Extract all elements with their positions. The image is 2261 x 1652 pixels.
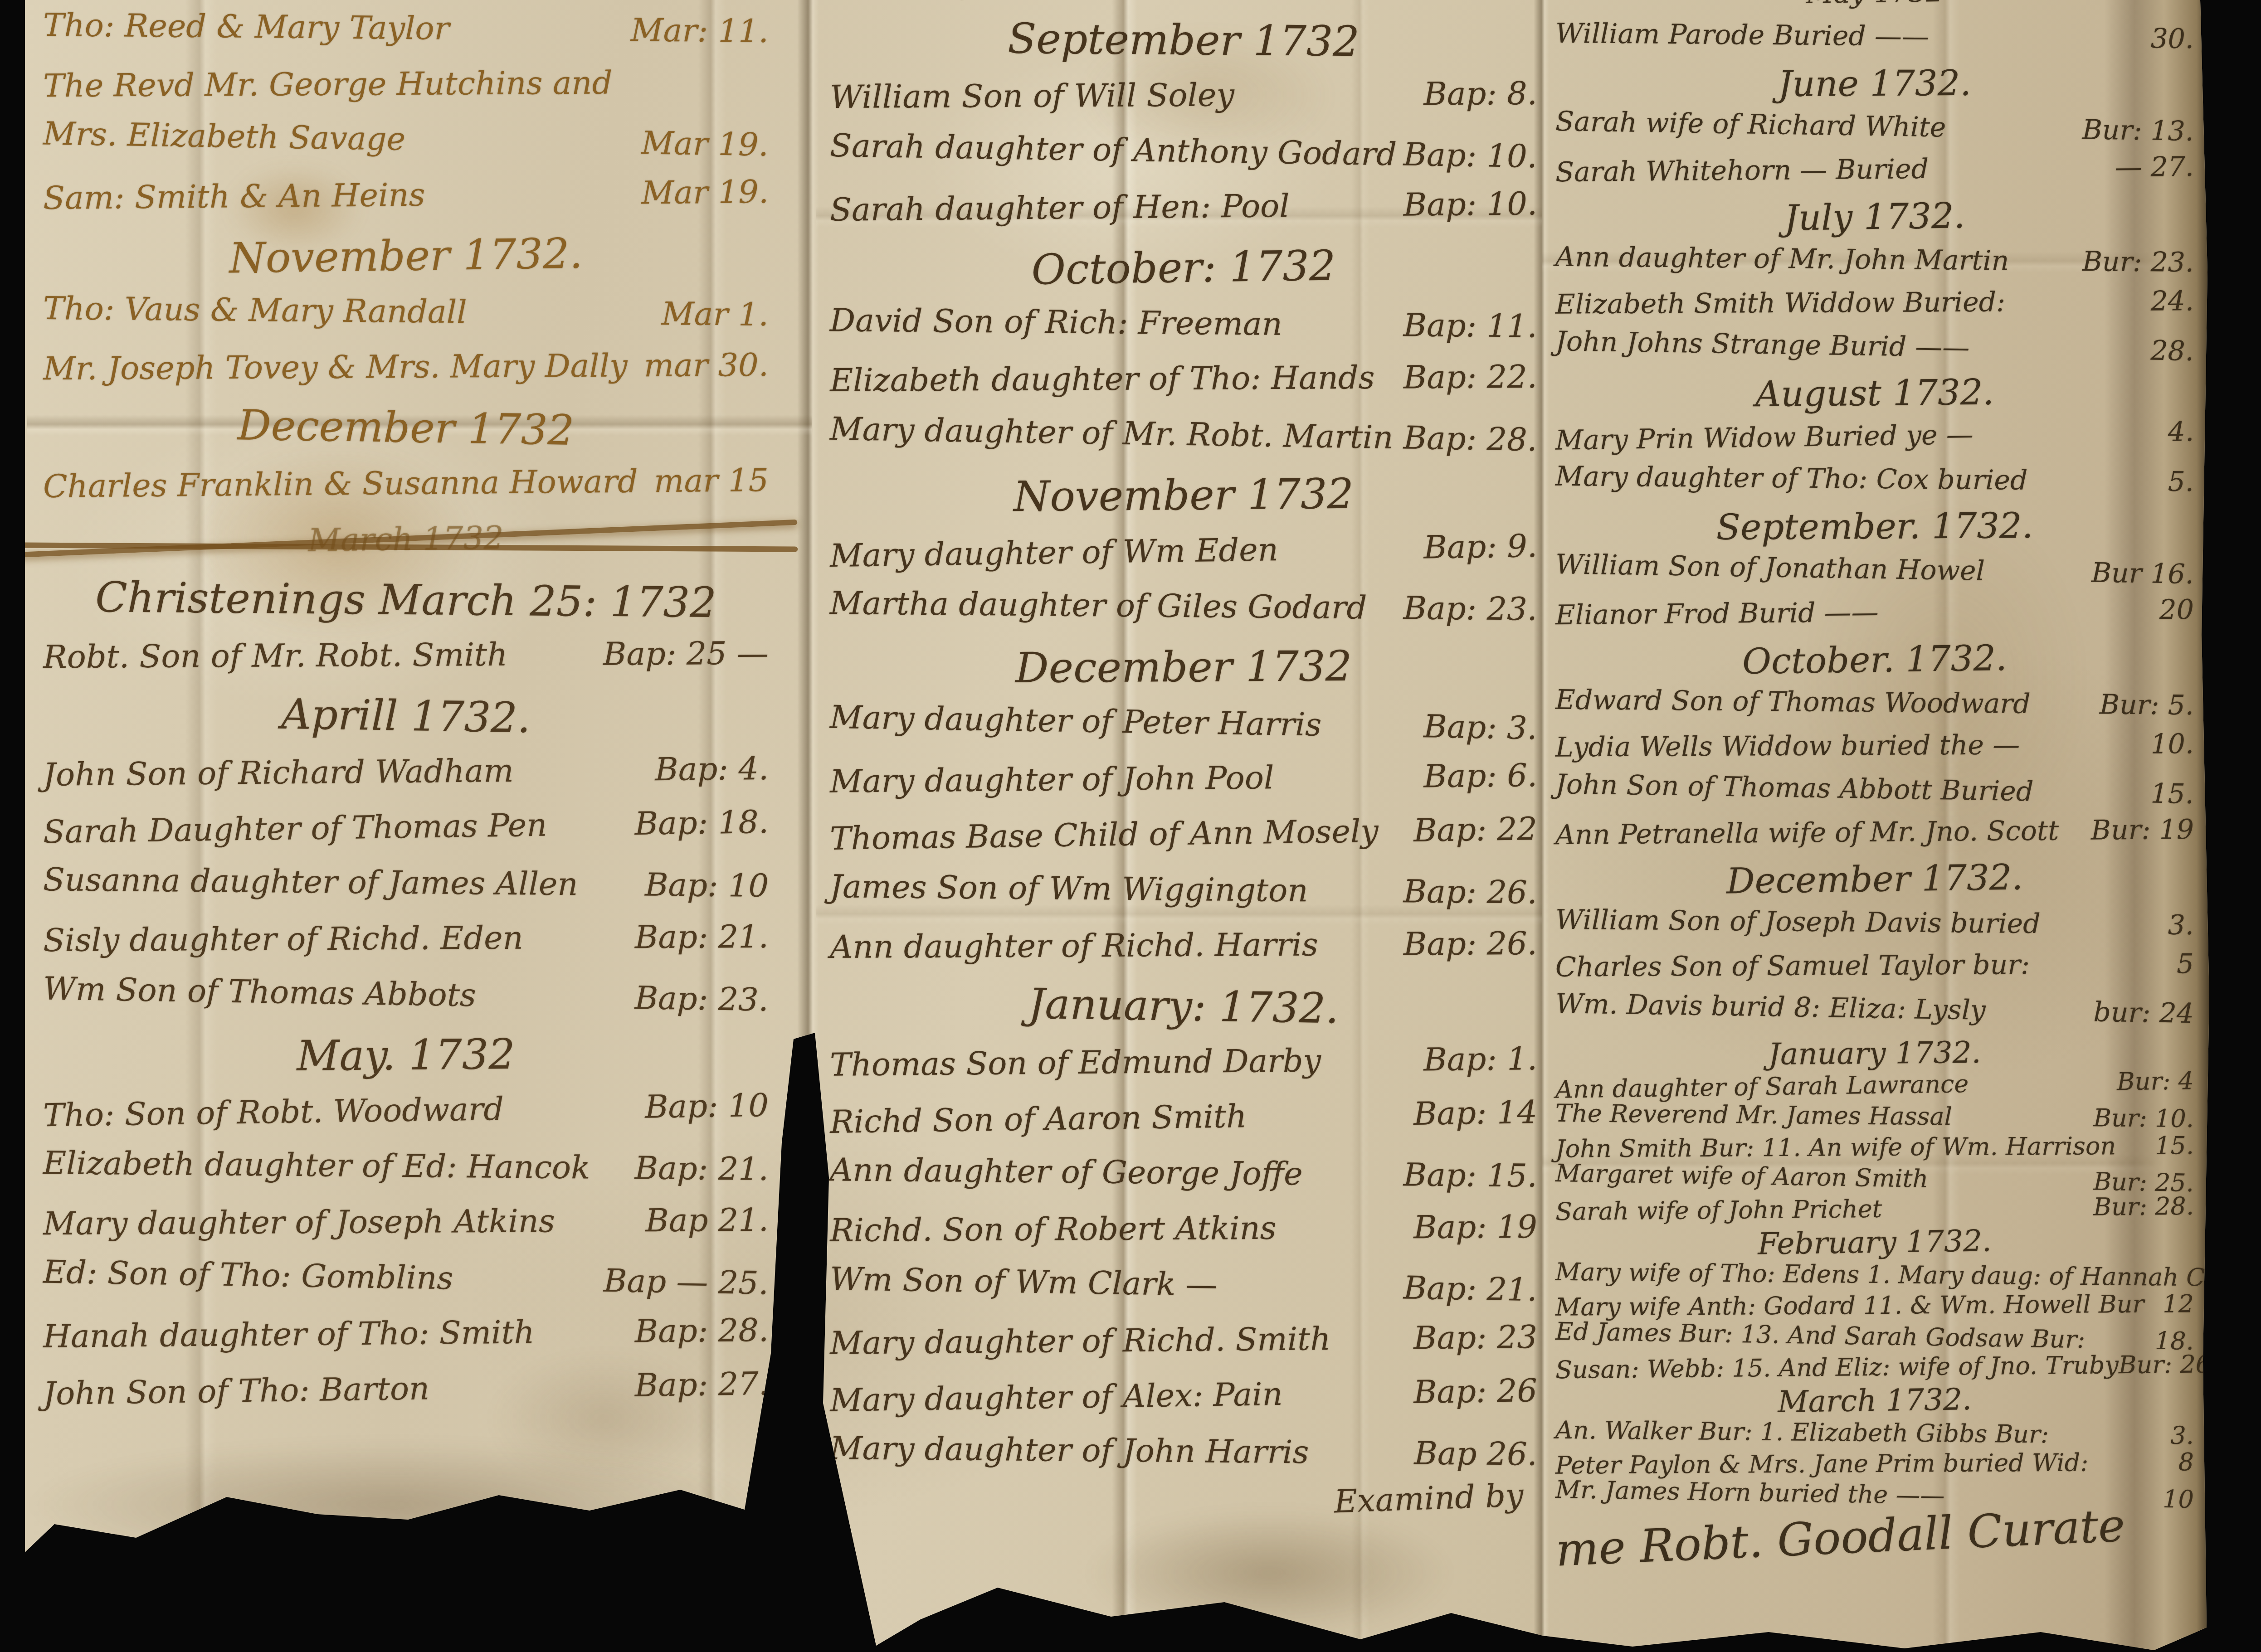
entry-day-number: Bap: 10. (1403, 187, 1538, 221)
month-heading: June 1732. (1555, 64, 2194, 104)
month-heading: February 1732. (1555, 1223, 2194, 1263)
entry-day-number: Bap: 15. (1403, 1158, 1538, 1192)
register-entry: Sarah Daughter of Thomas PenBap: 18. (43, 806, 769, 849)
month-heading: November 1732. (43, 229, 769, 283)
entry-text: Mary daughter of Mr. Robt. Martin (830, 413, 1394, 454)
entry-text: May 1732 (1806, 0, 1944, 9)
entry-text: John Johns Strange Burid —— (1555, 327, 1970, 362)
register-entry: Tho: Vaus & Mary RandallMar 1. (43, 292, 769, 331)
register-entry: Mary daughter of Richd. SmithBap: 23 (830, 1321, 1538, 1360)
register-entry: Tho: Son of Robt. WoodwardBap: 10 (43, 1089, 769, 1132)
entry-text: Edward Son of Thomas Woodward (1555, 686, 2031, 719)
entry-text: September 1732 (1008, 17, 1360, 63)
register-entry: Peter Paylon & Mrs. Jane Prim buried Wid… (1555, 1449, 2194, 1478)
register-entry: Richd Son of Aaron SmithBap: 14 (830, 1096, 1538, 1139)
entry-text: September. 1732. (1716, 508, 2033, 546)
entry-day-number: Bap 26. (1414, 1437, 1537, 1471)
entry-text: Mary daughter of Alex: Pain (830, 1378, 1283, 1417)
entry-text: Richd Son of Aaron Smith (830, 1100, 1247, 1139)
entry-day-number: Bap: 21. (1403, 1271, 1537, 1306)
month-heading: November 1732 (830, 471, 1538, 520)
entry-day-number: mar 15 (654, 464, 769, 498)
entry-day-number: Bap: 6. (1423, 759, 1537, 793)
register-entry: Charles Franklin & Susanna Howardmar 15 (43, 464, 769, 503)
register-entry: Thomas Son of Edmund DarbyBap: 1. (830, 1042, 1538, 1081)
entry-text: Peter Paylon & Mrs. Jane Prim buried Wid… (1555, 1450, 2089, 1478)
register-entry: Ed: Son of Tho: GomblinsBap — 25. (43, 1255, 769, 1300)
entry-text: November 1732 (1013, 472, 1354, 519)
entry-day-number: 10. (2150, 730, 2194, 759)
register-entry: Susan: Webb: 15. And Eliz: wife of Jno. … (1555, 1352, 2194, 1383)
entry-day-number: Bap: 11. (1403, 309, 1538, 343)
entry-text: February 1732. (1758, 1225, 1992, 1260)
register-entry: John Johns Strange Burid ——28. (1555, 327, 2194, 365)
entry-day-number: Bap: 3. (1423, 710, 1538, 745)
entry-text: Charles Franklin & Susanna Howard (43, 465, 638, 503)
entry-day-number: Bap: 9. (1423, 530, 1538, 564)
month-heading: March 1732. (1555, 1381, 2194, 1421)
entry-text: Susan: Webb: 15. And Eliz: wife of Jno. … (1555, 1352, 2119, 1383)
entry-text: Elianor Frod Burid —— (1555, 598, 1879, 630)
register-entry: Mary daughter of Peter HarrisBap: 3. (830, 701, 1538, 745)
entry-text: Sarah daughter of Hen: Pool (830, 189, 1290, 227)
month-heading: July 1732. (1555, 194, 2194, 240)
entry-day-number: Bap: 26 (1413, 1374, 1538, 1409)
register-entry: Sarah Whitehorn — Buried— 27. (1555, 153, 2194, 187)
entry-text: Sisly daughter of Richd. Eden (43, 922, 523, 957)
entry-day-number: Bur: 13. (2082, 116, 2194, 146)
entry-text: January: 1732. (1028, 982, 1339, 1030)
examined-note: me Robt. Goodall Curate (1554, 1499, 2194, 1574)
entry-text: John Smith Bur: 11. An wife of Wm. Harri… (1555, 1133, 2116, 1162)
entry-day-number: Bap: 22 (1413, 813, 1538, 848)
entry-text: Mary daughter of John Harris (830, 1432, 1309, 1469)
entry-day-number: Bap — 25. (604, 1264, 769, 1300)
entry-day-number: Bap: 8. (1423, 77, 1537, 111)
register-entry: Elizabeth Smith Widdow Buried:24. (1555, 287, 2194, 319)
register-entry: Elizabeth daughter of Tho: HandsBap: 22. (830, 360, 1537, 397)
entry-text: Lydia Wells Widdow buried the — (1555, 731, 2020, 762)
entry-text: January 1732. (1768, 1037, 1981, 1070)
entry-text: December 1732. (1726, 860, 2023, 900)
month-heading: August 1732. (1555, 373, 2194, 415)
entry-day-number: mar 30. (644, 349, 769, 382)
entry-day-number: Bur: 28. (2093, 1194, 2194, 1220)
entry-day-number: Bap: 1. (1423, 1042, 1537, 1076)
month-heading: December 1732 (830, 644, 1537, 691)
entry-day-number: Bur: 19 (2091, 816, 2194, 845)
entry-text: Mary daughter of John Pool (830, 761, 1274, 798)
entry-day-number: Mar: 11. (631, 14, 769, 48)
entry-text: Ed: Son of Tho: Gomblins (43, 1255, 453, 1295)
entry-text: March 1732. (1778, 1384, 1972, 1418)
register-entry: Mary daughter of John HarrisBap 26. (830, 1432, 1538, 1471)
entry-text: December 1732 (1015, 645, 1352, 690)
month-heading: Aprill 1732. (43, 689, 769, 743)
entry-day-number: 28. (2150, 336, 2194, 365)
entry-day-number: Bur 16. (2091, 559, 2194, 588)
entry-text: October. 1732. (1742, 640, 2008, 680)
entry-text: Ed James Bur: 13. And Sarah Godsaw Bur: (1555, 1319, 2086, 1353)
month-heading: May 1732 (1555, 0, 2194, 12)
month-heading: October: 1732 (829, 241, 1537, 294)
month-heading: May. 1732 (43, 1030, 769, 1080)
register-entry: Ann daughter of Sarah LawranceBur: 4 (1555, 1068, 2194, 1103)
register-entry: … Son of …Bap: 14. (830, 0, 1538, 1)
register-entry: Hanah daughter of Tho: SmithBap: 28. (43, 1314, 769, 1353)
month-heading: January 1732. (1555, 1035, 2194, 1072)
entry-text: Sam: Smith & An Heins (43, 179, 425, 215)
entry-text: me Robt. Goodall Curate (1554, 1502, 2126, 1574)
entry-day-number: 15. (2155, 1133, 2194, 1159)
register-entry: Wm Son of Wm Clark —Bap: 21. (830, 1262, 1538, 1306)
entry-text: August 1732. (1755, 374, 1994, 413)
entry-text: November 1732. (229, 232, 583, 281)
entry-day-number: Bur: 10. (2093, 1106, 2194, 1132)
entry-text: June 1732. (1778, 65, 1971, 103)
register-entry: John Son of Thomas Abbott Buried15. (1555, 770, 2194, 808)
entry-day-number: 24. (2150, 287, 2194, 316)
entry-text: Examind by (1334, 1479, 1524, 1518)
stain (27, 1442, 762, 1569)
entry-day-number: 12 (2163, 1291, 2194, 1317)
entry-text: Mr. James Horn buried the —— (1555, 1477, 1945, 1509)
entry-day-number: Bap: 10. (1403, 138, 1537, 173)
register-entry: Charles Son of Samuel Taylor bur:5 (1555, 950, 2194, 981)
entry-text: Hanah daughter of Tho: Smith (43, 1316, 535, 1353)
entry-text: March 1732 (308, 521, 504, 557)
month-heading: December 1732. (1555, 857, 2194, 903)
entry-text: Richd. Son of Robert Atkins (830, 1212, 1277, 1247)
register-entry: John Son of Tho: BartonBap: 27. (43, 1367, 769, 1410)
entry-text: Mrs. Elizabeth Savage (43, 117, 406, 156)
month-heading: December 1732 (43, 401, 769, 456)
month-heading: September 1732 (830, 15, 1538, 65)
entry-day-number: Bap 21. (645, 1204, 769, 1237)
entry-text: James Son of Wm Wiggington (830, 870, 1308, 907)
month-heading: October. 1732. (1555, 637, 2194, 683)
entry-text: Mr. Joseph Tovey & Mrs. Mary Dally (43, 350, 628, 386)
entry-text: Sarah Whitehorn — Buried (1555, 155, 1929, 187)
entry-text: Tho: Reed & Mary Taylor (43, 9, 450, 45)
register-entry: Margaret wife of Aaron SmithBur: 25. (1555, 1161, 2194, 1196)
entry-day-number: Bap: 23 (1413, 1321, 1538, 1355)
register-entry: Wm. Davis burid 8: Eliza: Lyslybur: 24 (1555, 990, 2194, 1028)
register-entry: William Son of Will SoleyBap: 8. (830, 77, 1537, 114)
register-entry: Mary Prin Widow Buried ye —4. (1555, 418, 2194, 455)
entry-day-number: Bur: 23. (2082, 248, 2194, 277)
entry-text: David Son of Rich: Freeman (830, 304, 1282, 341)
register-entry: Robt. Son of Mr. Robt. SmithBap: 25 — (43, 637, 769, 674)
register-entry: Mary daughter of Mr. Robt. MartinBap: 28… (830, 413, 1538, 457)
entry-day-number: bur: 24 (2093, 998, 2194, 1028)
entry-text: Susanna daughter of James Allen (43, 863, 578, 901)
entry-text: Sarah daughter of Anthony Godard (830, 129, 1397, 171)
register-entry: Elianor Frod Burid ——20 (1555, 596, 2194, 630)
register-entry: Edward Son of Thomas WoodwardBur: 5. (1555, 686, 2194, 720)
entry-text: Ann daughter of Sarah Lawrance (1555, 1071, 1969, 1103)
entry-text: Mary daughter of Tho: Cox buried (1555, 462, 2028, 495)
entry-text: Elizabeth daughter of Tho: Hands (830, 361, 1375, 397)
entry-day-number: 5. (2168, 468, 2194, 496)
register-entry: Sisly daughter of Richd. EdenBap: 21. (43, 920, 769, 957)
entry-day-number: Bap: 25 — (603, 637, 769, 671)
entry-day-number: Bap: 19 (1413, 1210, 1537, 1244)
entry-text: Thomas Base Child of Ann Mosely (830, 815, 1379, 855)
register-entry: Ann daughter of George JoffeBap: 15. (830, 1153, 1538, 1192)
entry-day-number: Mar 19. (641, 127, 769, 162)
entry-day-number: 30. (2150, 25, 2194, 53)
entry-day-number: 3. (2170, 1423, 2194, 1449)
entry-text: John Son of Thomas Abbott Buried (1555, 770, 2034, 806)
register-entry: Elizabeth daughter of Ed: HancokBap: 21. (43, 1147, 769, 1186)
entry-day-number: Bur: 4 (2117, 1068, 2194, 1095)
entry-text: Mary daughter of Joseph Atkins (43, 1205, 555, 1240)
entry-text: Wm Son of Wm Clark — (830, 1262, 1218, 1301)
entry-text: Elizabeth Smith Widdow Buried: (1555, 288, 2006, 319)
entry-day-number: Bap: 27. (634, 1367, 769, 1402)
entry-day-number: Bap: 23. (634, 981, 769, 1016)
entry-text: Sarah Daughter of Thomas Pen (43, 809, 547, 849)
register-entry: Ann daughter of Mr. John MartinBur: 23. (1555, 243, 2194, 277)
entry-day-number: 4 (2254, 1265, 2261, 1291)
entry-day-number: 3. (2168, 911, 2194, 939)
entry-text: Sarah wife of John Prichet (1555, 1196, 1882, 1224)
entry-day-number: 5 (2177, 950, 2194, 978)
entry-day-number: 15. (2150, 779, 2194, 808)
register-entry: The Reverend Mr. James HassalBur: 10. (1555, 1101, 2194, 1132)
register-entry: James Son of Wm WiggingtonBap: 26. (830, 870, 1538, 909)
register-entry: Mary daughter of Tho: Cox buried5. (1555, 462, 2194, 496)
entry-day-number: Bap: 23. (1403, 592, 1538, 626)
entry-text: Mary wife of Tho: Edens 1. Mary daug: of… (1555, 1259, 2254, 1291)
entry-day-number: — 27. (2115, 153, 2194, 182)
entry-text: Ann daughter of Mr. John Martin (1555, 243, 2009, 275)
marriages-column: Tho: Searl …Tho: Reed & Mary TaylorMar: … (43, 0, 769, 1428)
entry-text: The Reverend Mr. James Hassal (1555, 1101, 1952, 1130)
entry-day-number: Bap: 21. (635, 920, 769, 954)
month-heading: January: 1732. (829, 979, 1537, 1034)
register-entry: Mary daughter of Alex: PainBap: 26 (830, 1374, 1538, 1417)
entry-day-number: Bap: 28. (1403, 422, 1537, 457)
month-heading: September. 1732. (1555, 507, 2194, 547)
register-entry: Mrs. Elizabeth SavageMar 19. (43, 117, 769, 162)
burials-column: May 1732William Parode Buried ——30.June … (1555, 0, 2194, 1575)
struck-heading: March 1732 (43, 518, 769, 561)
entry-text: Margaret wife of Aaron Smith (1555, 1161, 1929, 1192)
register-entry: William Son of Joseph Davis buried3. (1555, 905, 2194, 939)
entry-text: Tho: Son of Robt. Woodward (43, 1093, 504, 1132)
entry-text: John Son of Richard Wadham (43, 754, 514, 792)
register-entry: Sarah wife of Richard WhiteBur: 13. (1555, 107, 2194, 146)
entry-text: May. 1732 (297, 1033, 515, 1078)
register-entry: John Son of Richard WadhamBap: 4. (43, 752, 769, 792)
register-entry: Ann Petranella wife of Mr. Jno. ScottBur… (1555, 816, 2194, 850)
register-entry: Mary wife of Tho: Edens 1. Mary daug: of… (1555, 1259, 2194, 1290)
entry-day-number: Bap: 4. (655, 752, 769, 786)
entry-day-number: Bap: 26. (1403, 927, 1538, 961)
entry-day-number: Bap: 10 (645, 1089, 769, 1124)
entry-text: December 1732 (237, 403, 575, 452)
entry-text: Sarah wife of Richard White (1555, 107, 1946, 142)
register-entry: Mary daughter of Wm EdenBap: 9. (830, 530, 1538, 573)
register-entry: David Son of Rich: FreemanBap: 11. (830, 304, 1538, 343)
entry-day-number: Bap: 22. (1403, 360, 1538, 394)
entry-text: William Son of Will Soley (830, 79, 1234, 114)
entry-day-number: Bap: 14 (1413, 1096, 1538, 1131)
entry-text: October: 1732 (1031, 244, 1336, 292)
entry-day-number: Bap: 21. (635, 1152, 769, 1186)
entry-text: Robt. Son of Mr. Robt. Smith (43, 638, 508, 674)
register-entry: Mr. Joseph Tovey & Mrs. Mary Dallymar 30… (43, 349, 769, 385)
entry-day-number: Bur: 5. (2100, 690, 2194, 719)
entry-text: July 1732. (1784, 198, 1965, 237)
entry-text: Aprill 1732. (281, 693, 531, 740)
register-entry: Susanna daughter of James AllenBap: 10 (43, 863, 769, 903)
register-entry: Richd. Son of Robert AtkinsBap: 19 (830, 1210, 1537, 1247)
parchment-sheet: Tho: Searl …Tho: Reed & Mary TaylorMar: … (0, 0, 2261, 1652)
register-entry: The Revd Mr. George Hutchins and (43, 65, 769, 102)
entry-text: Mary wife Anth: Godard 11. & Wm. Howell … (1555, 1292, 2144, 1320)
register-entry: William Son of Jonathan HowelBur 16. (1555, 550, 2194, 588)
entry-day-number: Mar 19. (641, 175, 769, 209)
entry-day-number: Bap: 10 (645, 869, 769, 903)
entry-text: Christenings March 25: 1732 (95, 576, 716, 625)
entry-text: Ann daughter of Richd. Harris (830, 928, 1318, 963)
entry-text: Thomas Son of Edmund Darby (830, 1044, 1321, 1081)
entry-day-number: Bap: 18. (634, 806, 769, 841)
register-entry: Sarah wife of John PrichetBur: 28. (1555, 1194, 2194, 1224)
entry-text: Ann Petranella wife of Mr. Jno. Scott (1555, 816, 2059, 849)
register-entry: Sarah daughter of Hen: PoolBap: 10. (830, 187, 1538, 226)
entry-text: Tho: Vaus & Mary Randall (43, 292, 467, 329)
entry-text: The Revd Mr. George Hutchins and (43, 66, 613, 102)
month-heading: Christenings March 25: 1732 (43, 575, 769, 625)
entry-text: Elizabeth daughter of Ed: Hancok (43, 1147, 590, 1184)
entry-text: Mary daughter of Peter Harris (830, 701, 1322, 742)
register-entry: Mary daughter of John PoolBap: 6. (830, 759, 1538, 798)
register-entry: Mary daughter of Joseph AtkinsBap 21. (43, 1204, 769, 1240)
entry-day-number: Bap: 28. (635, 1314, 769, 1348)
entry-text: Wm. Davis burid 8: Eliza: Lysly (1555, 990, 1986, 1025)
register-entry: Ed James Bur: 13. And Sarah Godsaw Bur:1… (1555, 1319, 2194, 1354)
entry-day-number: 8 (2178, 1449, 2194, 1475)
entry-text: Martha daughter of Giles Godard (830, 587, 1367, 625)
entry-text: William Son of Joseph Davis buried (1555, 905, 2041, 938)
register-entry: Sam: Smith & An HeinsMar 19. (43, 175, 769, 215)
entry-day-number: Bap: 26. (1403, 875, 1538, 909)
register-photograph: Tho: Searl …Tho: Reed & Mary TaylorMar: … (0, 0, 2261, 1652)
register-entry: Tho: Reed & Mary TaylorMar: 11. (43, 9, 769, 48)
register-entry: Ann daughter of Richd. HarrisBap: 26. (830, 927, 1537, 964)
christenings-column: … Son of …Bap: 14.September 1732William … (830, 0, 1537, 1546)
register-entry: Wm Son of Thomas AbbotsBap: 23. (43, 972, 769, 1016)
entry-text: Wm Son of Thomas Abbots (43, 972, 477, 1012)
entry-text: Mary Prin Widow Buried ye — (1555, 421, 1974, 455)
register-entry: Mary wife Anth: Godard 11. & Wm. Howell … (1555, 1291, 2194, 1320)
register-entry: Thomas Base Child of Ann MoselyBap: 22 (830, 813, 1538, 856)
examined-note: Examind by (829, 1478, 1538, 1536)
entry-text: … Son of … (830, 0, 1016, 1)
entry-text: William Parode Buried —— (1555, 19, 1929, 51)
register-entry: John Smith Bur: 11. An wife of Wm. Harri… (1555, 1133, 2194, 1162)
entry-text: Mary daughter of Richd. Smith (830, 1322, 1331, 1360)
entry-text: John Son of Tho: Barton (43, 1372, 430, 1411)
entry-text: William Son of Jonathan Howel (1555, 550, 1985, 585)
register-entry: William Parode Buried ——30. (1555, 19, 2194, 53)
register-entry: Lydia Wells Widdow buried the —10. (1555, 730, 2194, 762)
entry-day-number: Bur: 26 (2119, 1352, 2212, 1378)
register-entry: Martha daughter of Giles GodardBap: 23. (830, 587, 1538, 626)
entry-day-number: 20 (2159, 596, 2194, 624)
register-entry: Sarah daughter of Anthony GodardBap: 10. (830, 129, 1538, 173)
entry-day-number: Mar 1. (662, 297, 769, 331)
sheet-joint (797, 0, 819, 1652)
entry-text: Mary daughter of Wm Eden (830, 533, 1279, 573)
entry-text: An. Walker Bur: 1. Elizabeth Gibbs Bur: (1555, 1418, 2049, 1448)
entry-text: Charles Son of Samuel Taylor bur: (1555, 951, 2030, 981)
entry-text: Ann daughter of George Joffe (830, 1153, 1303, 1190)
register-entry: An. Walker Bur: 1. Elizabeth Gibbs Bur:3… (1555, 1418, 2194, 1448)
entry-day-number: 4. (2168, 418, 2194, 446)
